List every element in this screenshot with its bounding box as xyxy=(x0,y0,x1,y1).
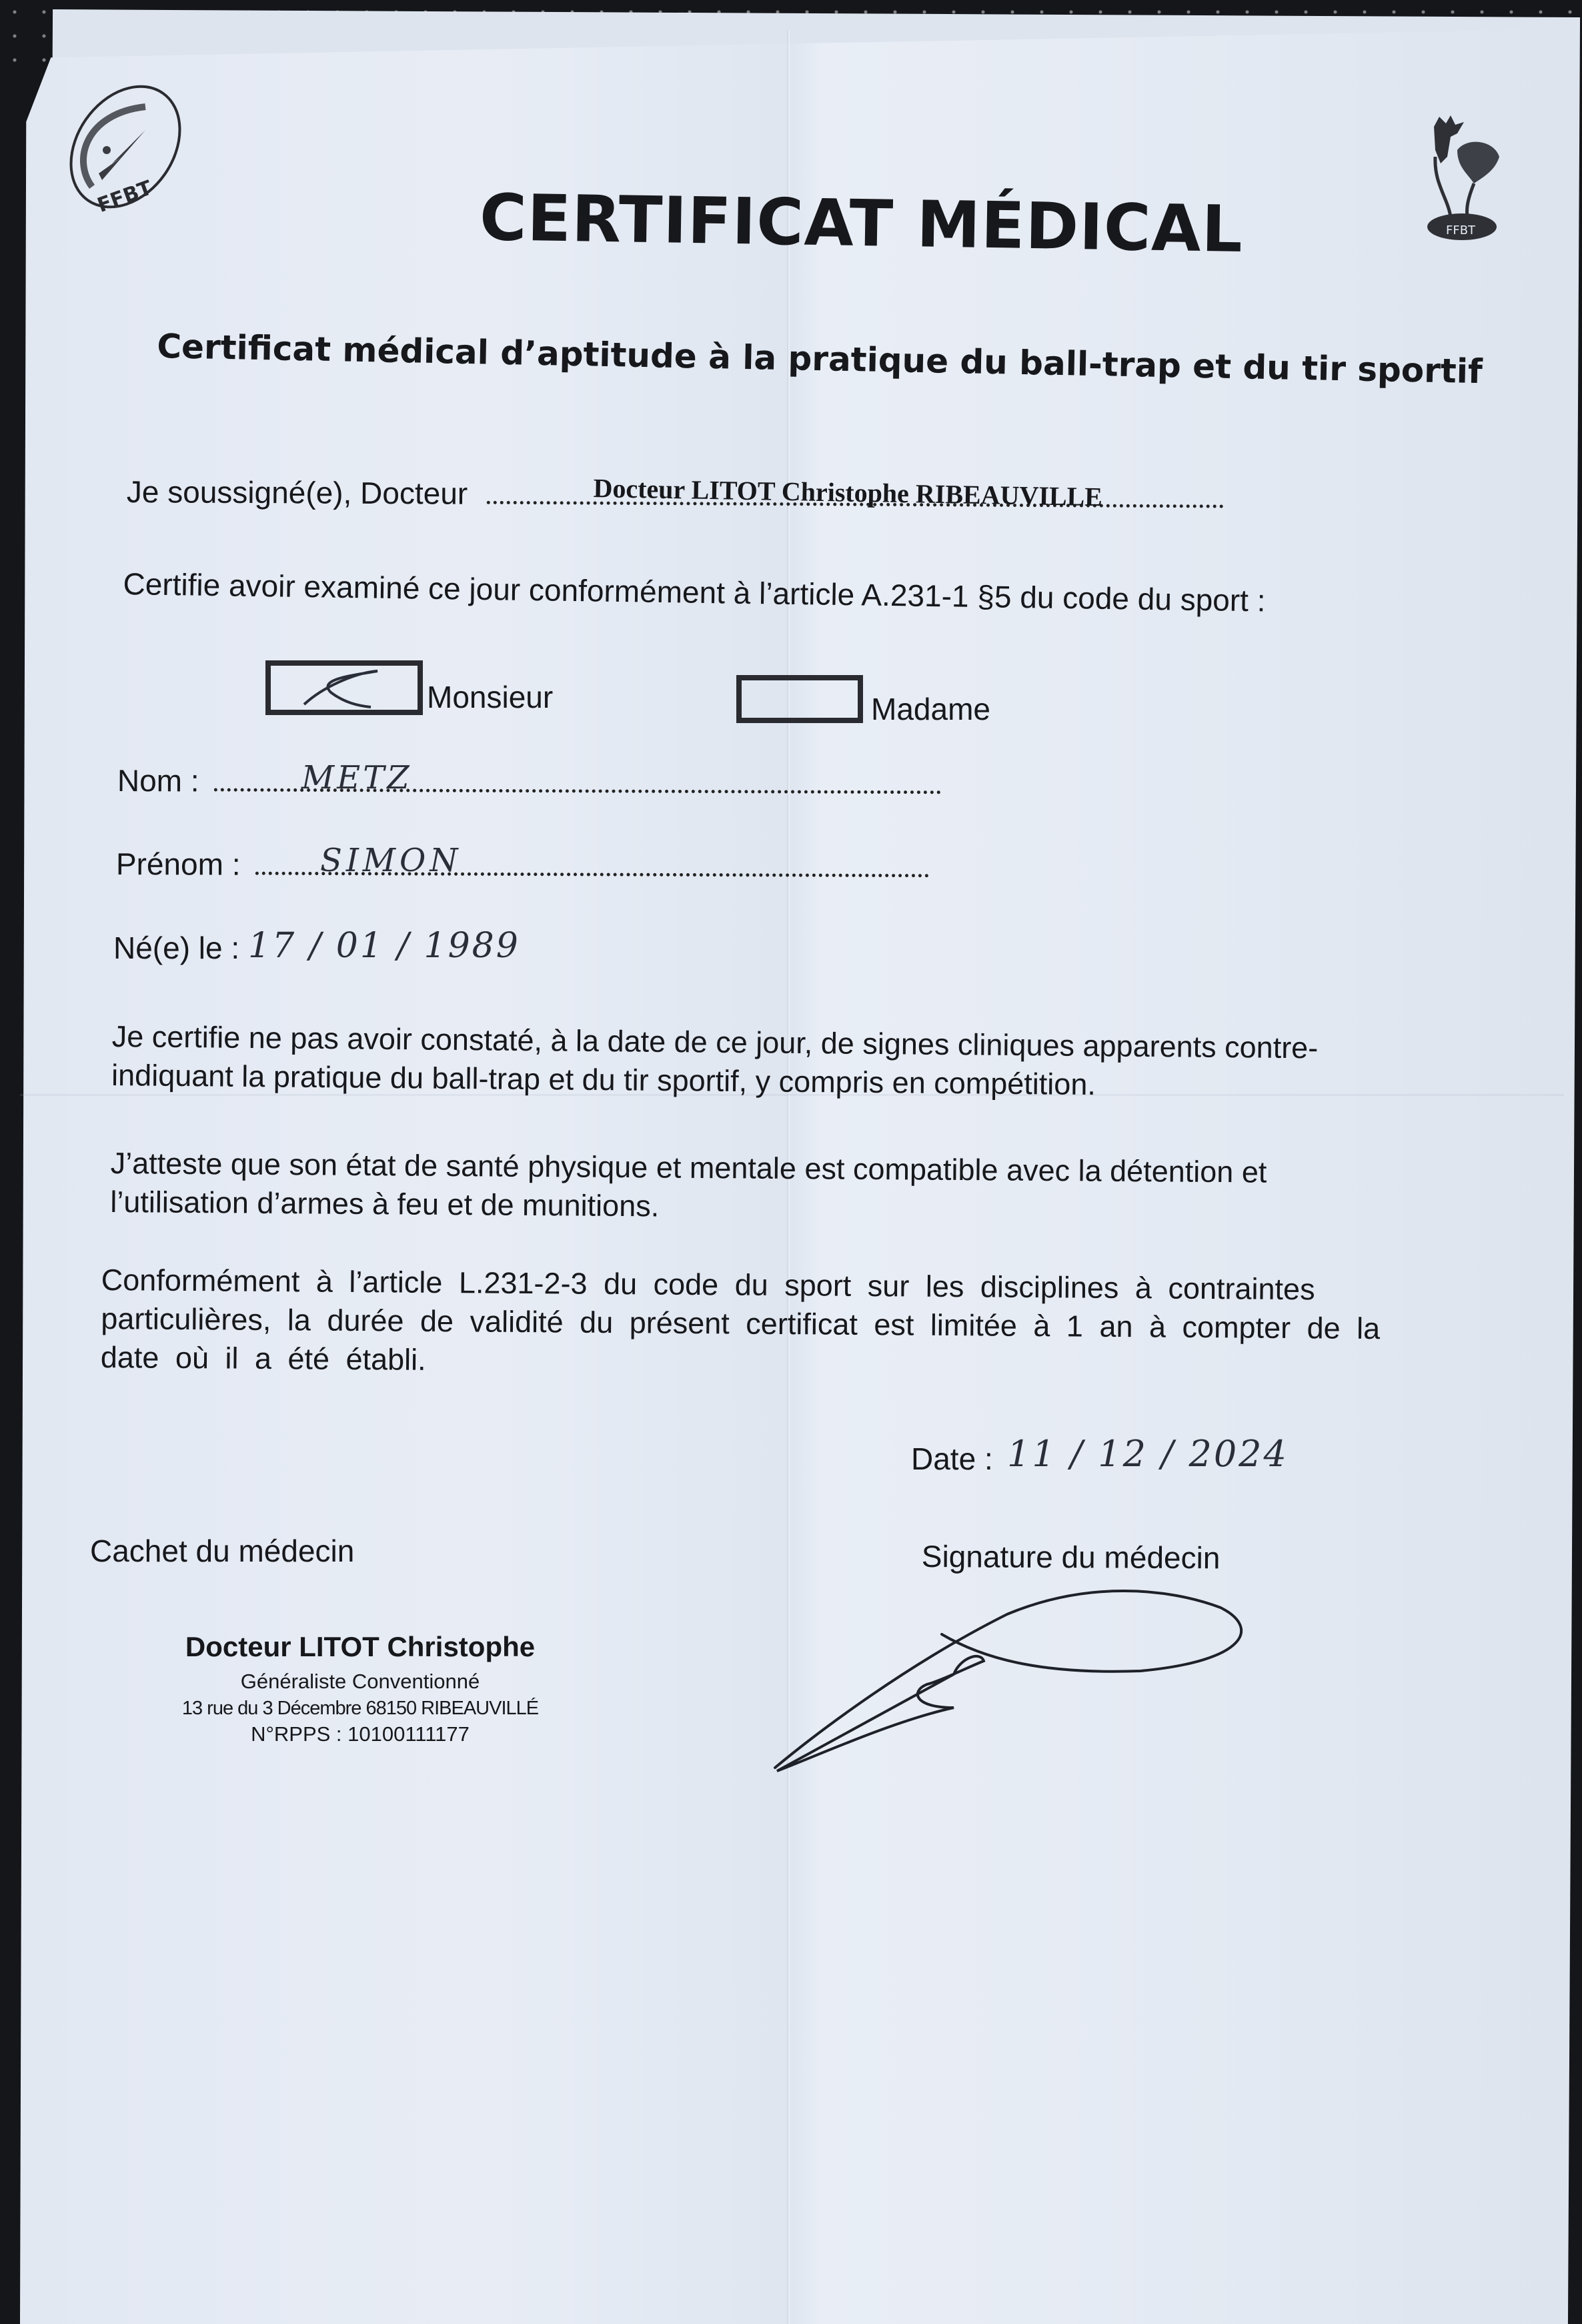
paragraph-health-attestation: J’atteste que son état de santé physique… xyxy=(110,1144,1267,1231)
svg-text:FFBT: FFBT xyxy=(94,176,155,217)
date-label: Date : xyxy=(911,1441,993,1476)
stamp-rpps: N°RPPS : 10100111177 xyxy=(167,1722,554,1746)
stamp-label: Cachet du médecin xyxy=(90,1533,354,1569)
ffbt-shooter-logo-icon: FFBT xyxy=(45,80,192,220)
prenom-label: Prénom : xyxy=(116,846,241,882)
nom-field: Nom : xyxy=(117,762,942,801)
certificate-content: FFBT FFBT CERTIFICAT MÉDICAL Certificat … xyxy=(0,0,1582,2324)
prenom-field: Prénom : xyxy=(116,846,930,885)
stamp-doctor-name: Docteur LITOT Christophe xyxy=(167,1631,554,1663)
stamp-address: 13 rue du 3 Décembre 68150 RIBEAUVILLÉ xyxy=(167,1698,554,1720)
page-subtitle: Certificat médical d’aptitude à la prati… xyxy=(157,327,1483,391)
nom-value[interactable]: METZ xyxy=(301,759,412,796)
stamp-doctor-title: Généraliste Conventionné xyxy=(167,1670,554,1694)
doctor-signature xyxy=(767,1568,1401,1801)
doctor-label: Je soussigné(e), Docteur xyxy=(127,474,468,511)
paragraph-no-contraindication: Je certifie ne pas avoir constaté, à la … xyxy=(111,1017,1319,1106)
date-value[interactable]: 11 / 12 / 2024 xyxy=(1007,1433,1289,1475)
label-monsieur: Monsieur xyxy=(427,679,553,715)
naissance-value[interactable]: 17 / 01 / 1989 xyxy=(248,926,520,966)
paragraph-validity: Conformément à l’article L.231-2-3 du co… xyxy=(101,1261,1381,1387)
nom-label: Nom : xyxy=(117,763,199,798)
prenom-value[interactable]: SIMON xyxy=(320,842,462,879)
naissance-label: Né(e) le : xyxy=(113,931,239,965)
svg-text:FFBT: FFBT xyxy=(1446,223,1476,237)
naissance-field: Né(e) le : xyxy=(113,930,239,966)
checkbox-monsieur[interactable] xyxy=(265,660,423,715)
page-title: CERTIFICAT MÉDICAL xyxy=(479,180,1243,267)
doctor-stamp: Docteur LITOT Christophe Généraliste Con… xyxy=(167,1631,554,1746)
label-madame: Madame xyxy=(871,691,990,727)
certify-statement: Certifie avoir examiné ce jour conformém… xyxy=(123,566,1266,618)
date-field: Date : xyxy=(911,1441,993,1477)
rooster-trophy-logo-icon: FFBT xyxy=(1421,110,1507,250)
checkmark-x-icon xyxy=(271,666,418,710)
checkbox-madame[interactable] xyxy=(736,675,863,723)
